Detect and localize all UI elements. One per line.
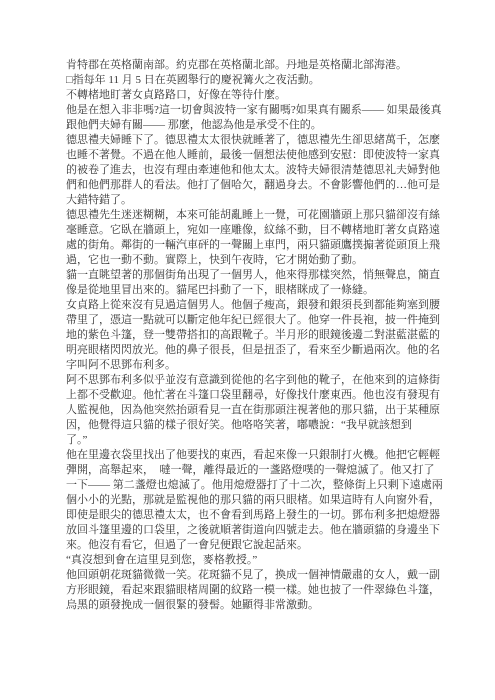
text-line: 毫睡意。它臥在牆頭上，宛如一座雕像，紋絲不動，目不轉楮地盯著女貞路遠: [66, 223, 438, 238]
text-line: 阿不思鄧布利多似乎並沒有意識到從他的名字到他的靴子，在他來到的這條街: [66, 373, 438, 388]
text-line: 德思禮先生迷迷糊糊，本來可能胡亂睡上一覺，可花園牆頭上那只貓卻沒有絲: [66, 208, 438, 223]
text-line: 明亮眼楮閃閃放光。他的鼻子很長，但是扭歪了，看來至少斷過兩次。他的名: [66, 343, 438, 358]
text-line: 像是從地里冒出來的。貓尾巴抖動了一下，眼楮眯成了一條縫。: [66, 283, 438, 298]
text-line: 的被卷了進去，也沒有理由牽連他和他太太。波特夫婦很清楚德思礼夫婦對他: [66, 163, 438, 178]
text-line: 因，他覺得這只貓的樣子很好笑。他咯咯笑著，嘟噥說：“我早就該想到: [66, 418, 438, 433]
text-line: 女貞路上從來沒有見過這個男人。他個子瘦高，銀發和銀須長到都能夠塞到腰: [66, 298, 438, 313]
text-line: 人監視他，因為他突然抬頭看見一直在街那頭注視著他的那只貓，出于某種原: [66, 403, 438, 418]
text-line: 即使是眼尖的德思禮太太，也不會看到馬路上發生的一切。鄧布利多把熄燈器: [66, 508, 438, 523]
text-line: 一下—— 第二盞燈也熄滅了。他用熄燈器打了十二次，整條街上只剩下遠處兩: [66, 478, 438, 493]
text-line: 也睡不著覺。不過在他人睡前，最後一個想法使他感到安慰：即使波特一家真: [66, 148, 438, 163]
text-line: 肯特郡在英格蘭南部。約克郡在英格蘭北部。丹地是英格蘭北部海港。: [66, 58, 438, 73]
text-line: 們和他們那群人的看法。他打了個哈欠，翻過身去。不會影響他們的…他可是: [66, 178, 438, 193]
text-line: 他是在想入非非嗎?這一切會與波特一家有關嗎?如果真有關系—— 如果最後真: [66, 103, 438, 118]
text-line: 字叫阿不思鄧布利多。: [66, 358, 438, 373]
text-line: 過，它也一動不動。實際上，快到午夜時，它才開始動了動。: [66, 253, 438, 268]
text-line: 放回斗篷里邊的口袋里，之後就順著街道向四號走去。他在牆頭貓的身邊坐下: [66, 523, 438, 538]
text-line: 了。”: [66, 433, 438, 448]
text-line: 跟他們夫婦有關—— 那麼，他認為他是承受不住的。: [66, 118, 438, 133]
text-line: 個小小的光點，那就是監視他的那只貓的兩只眼楮。如果這時有人向窗外看，: [66, 493, 438, 508]
text-line: 處的街角。鄰街的一輛汽車砰的一聲關上車門，兩只貓頭鷹撲搧著從頭頂上飛: [66, 238, 438, 253]
text-line: 帶里了，憑這一點就可以斷定他年紀已經很大了。他穿一件長袍，披一件掩到: [66, 313, 438, 328]
text-block: 肯特郡在英格蘭南部。約克郡在英格蘭北部。丹地是英格蘭北部海港。□指每年 11 月…: [66, 58, 438, 613]
text-line: 德思禮夫婦睡下了。德思禮太太很快就睡著了，德思禮先生卻思緒萬千，怎麼: [66, 133, 438, 148]
text-line: 他回頭朝花斑貓微微一笑。花斑貓不見了，換成一個神情嚴肅的女人，戴一副: [66, 568, 438, 583]
text-line: 地的紫色斗篷，登一雙帶搭扣的高跟靴子。半月形的眼鏡後邊二對湛藍湛藍的: [66, 328, 438, 343]
text-line: 大錯特錯了。: [66, 193, 438, 208]
text-line: 彈開，高舉起來， 噠一聲，離得最近的一盞路燈噗的一聲熄滅了。他又打了: [66, 463, 438, 478]
text-line: 上都不受歡迎。他忙著在斗篷口袋里翻尋，好像找什麼東西。他也沒有發現有: [66, 388, 438, 403]
text-line: 他在里邊衣袋里找出了他要找的東西，看起來像一只銀制打火機。他把它輕輕: [66, 448, 438, 463]
text-line: 貓一直眺望著的那個街角出現了一個男人，他來得那樣突然，悄無聲息，簡直: [66, 268, 438, 283]
text-line: 來。他沒有看它，但過了一會兒便跟它說起話來。: [66, 538, 438, 553]
text-line: 烏黑的頭發挽成一個很緊的發髻。她顯得非常激動。: [66, 598, 438, 613]
text-line: □指每年 11 月 5 日在英國舉行的慶祝篝火之夜活動。: [66, 73, 438, 88]
text-line: 方形眼鏡，看起來跟貓眼楮周圍的紋路一模一樣。她也披了一件翠綠色斗篷，: [66, 583, 438, 598]
document-page: 肯特郡在英格蘭南部。約克郡在英格蘭北部。丹地是英格蘭北部海港。□指每年 11 月…: [0, 0, 495, 700]
text-line: “真沒想到會在這里見到您，麥格教授。”: [66, 553, 438, 568]
text-line: 不轉楮地盯著女貞路路口，好像在等待什麼。: [66, 88, 438, 103]
